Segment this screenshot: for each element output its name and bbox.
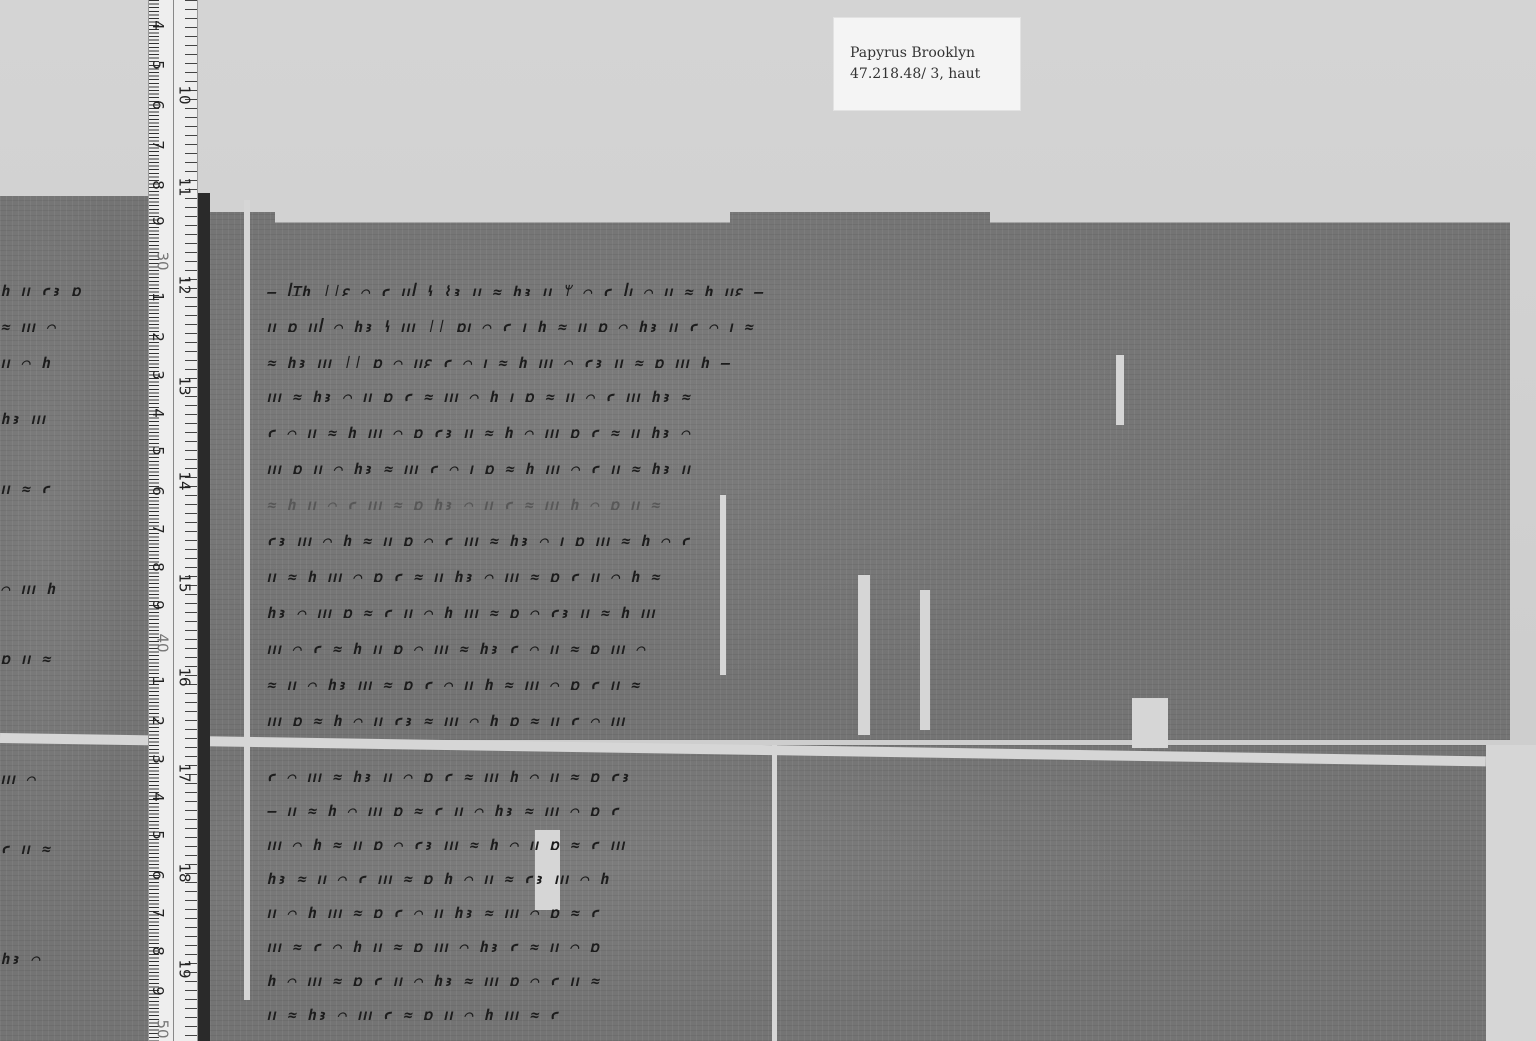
label-inventory-number: 47.218.48/ 3, haut <box>850 64 1020 85</box>
ruler-mark-label: 1 <box>149 292 167 302</box>
ruler-mark-label: 8 <box>149 180 167 190</box>
label-title: Papyrus Brooklyn <box>850 43 1020 64</box>
ruler-mark-label: 30 <box>154 251 172 270</box>
ruler-mark-label: 11 <box>176 177 194 196</box>
ruler-mark-label: 3 <box>149 370 167 380</box>
ruler-mark-label: 7 <box>149 524 167 534</box>
ruler-mark-label: 40 <box>154 633 172 652</box>
ruler-mark-label: 3 <box>149 754 167 764</box>
museum-label: Papyrus Brooklyn 47.218.48/ 3, haut <box>834 18 1020 110</box>
ruler-mark-label: 14 <box>176 471 194 490</box>
ruler-mark-label: 4 <box>149 792 167 802</box>
ruler-mark-label: 12 <box>176 275 194 294</box>
vertical-crack <box>772 745 777 1041</box>
ruler-mark-label: 18 <box>176 863 194 882</box>
ruler-mark-label: 5 <box>149 446 167 456</box>
ruler-mark-label: 13 <box>176 376 194 395</box>
ruler-mark-label: 8 <box>149 562 167 572</box>
ruler-center-line <box>173 0 174 1041</box>
vertical-crack <box>858 575 870 735</box>
ruler-ticks-mm <box>149 0 159 1041</box>
ruler-mark-label: 1 <box>149 676 167 686</box>
ruler-mark-label: 50 <box>154 1019 172 1038</box>
ruler-mark-label: 9 <box>149 600 167 610</box>
ruler-mark-label: 5 <box>149 830 167 840</box>
ruler-mark-label: 6 <box>149 870 167 880</box>
ruler-mark-label: 6 <box>149 100 167 110</box>
ruler-mark-label: 9 <box>149 986 167 996</box>
vertical-crack <box>244 200 250 1000</box>
ruler-mark-label: 8 <box>149 946 167 956</box>
ruler-mark-label: 9 <box>149 216 167 226</box>
ruler-mark-label: 10 <box>176 85 194 104</box>
ruler-mark-label: 6 <box>149 486 167 496</box>
papyrus-dark-edge <box>196 193 210 1041</box>
ruler-mark-label: 5 <box>149 60 167 70</box>
ruler-mark-label: 2 <box>149 716 167 726</box>
ruler-ticks-inch <box>185 0 197 1041</box>
ruler-mark-label: 2 <box>149 332 167 342</box>
ruler-mark-label: 17 <box>176 763 194 782</box>
ruler-mark-label: 4 <box>149 408 167 418</box>
ruler-mark-label: 19 <box>176 959 194 978</box>
papyrus-lower-sheet <box>210 745 1486 1041</box>
right-margin <box>1486 745 1536 1041</box>
measuring-ruler: 456789301234567894012345678950 101112131… <box>148 0 198 1041</box>
ruler-mark-label: 7 <box>149 908 167 918</box>
ruler-mark-label: 16 <box>176 667 194 686</box>
ruler-mark-label: 15 <box>176 573 194 592</box>
ruler-mark-label: 7 <box>149 140 167 150</box>
ruler-mark-label: 4 <box>149 20 167 30</box>
